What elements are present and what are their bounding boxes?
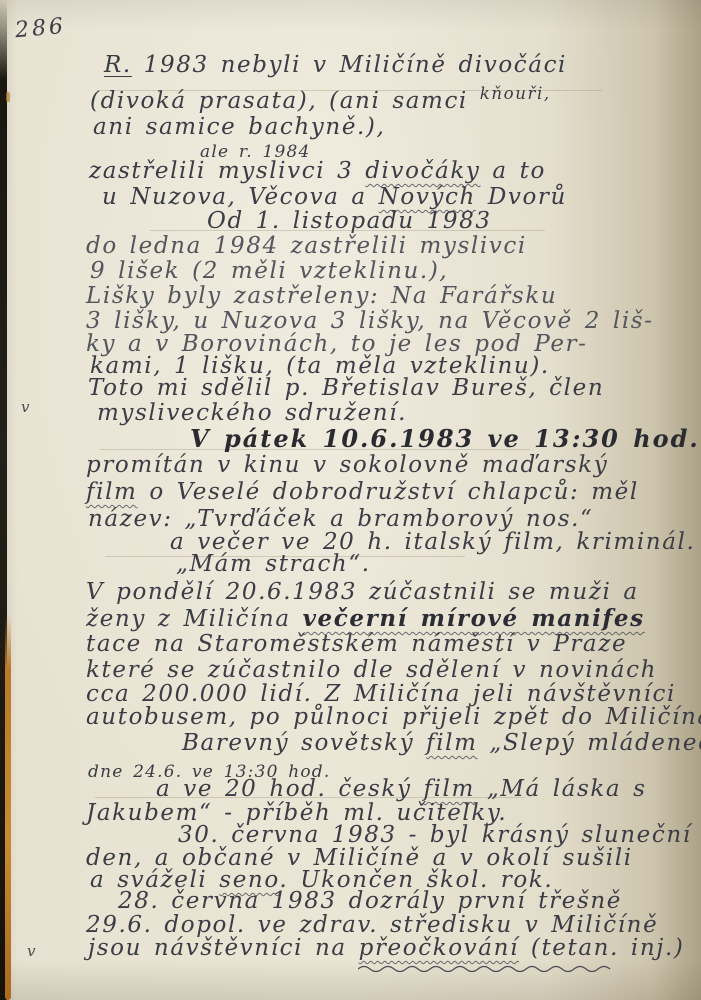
page-number: 286 (14, 14, 67, 43)
line-segment: ani samice bachyně.), (93, 114, 385, 140)
handwritten-line: do ledna 1984 zastřelili myslivci (86, 233, 527, 259)
handwritten-line: (divoká prasata), (ani samci kňouři, (90, 84, 551, 114)
handwritten-line: zastřelili myslivci 3 divočáky a to (89, 158, 546, 184)
line-segment: (tetan. inj.) (519, 935, 685, 961)
handwritten-line: a ve 20 hod. český film „Má láska s (156, 776, 647, 802)
line-segment: ženy z Miličína (86, 606, 303, 632)
line-segment: jsou návštěvníci na (88, 935, 359, 961)
line-segment: film (426, 730, 477, 756)
line-segment: u Nuzova, Věcova a (102, 184, 379, 210)
margin-check-mark: v (21, 398, 29, 416)
handwritten-line: 9 lišek (2 měli vzteklinu.), (90, 258, 448, 284)
chronicle-page-scan: 286 R. 1983 nebyli v Miličíně divočáci (… (0, 0, 701, 1000)
line-segment: „Mám strach“. (176, 551, 371, 577)
line-segment: kňouři, (480, 84, 551, 103)
handwritten-line: Lišky byly zastřeleny: Na Farářsku (86, 283, 557, 309)
line-segment: a ve 20 hod. český (156, 776, 423, 802)
line-segment: promítán v kinu v sokolovně maďarský (86, 452, 608, 478)
line-segment: Od 1. listopadu 1983 (207, 208, 492, 234)
handwritten-line: „Mám strach“. (176, 551, 371, 577)
line-segment: V pátek 10.6.1983 ve 13:30 hod. (190, 424, 700, 453)
line-segment: a to (480, 158, 545, 184)
handwritten-line: Od 1. listopadu 1983 (207, 208, 492, 234)
handwritten-line: Toto mi sdělil p. Břetislav Bureš, člen (88, 375, 604, 401)
line-segment: Dvorů (476, 184, 567, 210)
margin-check-mark: v (27, 942, 35, 960)
handwritten-line: 28. června 1983 dozrály první třešně (118, 888, 622, 914)
line-segment: „Slepý mládenec“ (478, 730, 701, 756)
line-segment: o Veselé dobrodružství chlapců: měl (137, 479, 638, 505)
handwritten-line: V pondělí 20.6.1983 zúčastnili se muži a (86, 579, 639, 605)
line-segment: které se zúčastnilo dle sdělení v noviná… (86, 657, 657, 683)
line-segment: film (423, 776, 474, 802)
handwritten-line: autobusem, po půlnoci přijeli zpět do Mi… (86, 704, 701, 730)
line-segment: film (86, 479, 137, 505)
line-segment: Lišky byly zastřeleny: Na Farářsku (86, 283, 557, 309)
line-segment: do ledna 1984 zastřelili myslivci (86, 233, 527, 259)
handwritten-line: promítán v kinu v sokolovně maďarský (86, 452, 608, 478)
wavy-underline-mark (358, 964, 622, 974)
line-segment: 1983 nebyli v Miličíně divočáci (132, 52, 567, 78)
line-segment: Nových (379, 184, 476, 210)
line-segment: V pondělí 20.6.1983 zúčastnili se muži a (86, 579, 639, 605)
line-segment: „Má láska s (475, 776, 647, 802)
line-segment: R. (104, 52, 132, 78)
handwritten-line: R. 1983 nebyli v Miličíně divočáci (104, 52, 567, 78)
handwritten-heading-line: V pátek 10.6.1983 ve 13:30 hod. (190, 424, 700, 453)
handwritten-line: Barevný sovětský film „Slepý mládenec“ (182, 730, 701, 756)
line-segment: přeočkování (359, 935, 519, 961)
handwritten-line: jsou návštěvníci na přeočkování (tetan. … (88, 935, 684, 961)
line-segment: mysliveckého sdružení. (97, 400, 407, 426)
handwritten-line: ženy z Miličína večerní mírové manifes (86, 605, 645, 632)
line-segment: večerní mírové manifes (303, 605, 645, 632)
handwritten-line: film o Veselé dobrodružství chlapců: měl (86, 479, 639, 505)
line-segment: (divoká prasata), (ani samci (90, 88, 480, 114)
line-segment: tace na Staroměstském náměstí v Praze (86, 631, 627, 657)
line-segment: divočáky (365, 158, 480, 184)
line-segment: 9 lišek (2 měli vzteklinu.), (90, 258, 448, 284)
line-segment: 28. června 1983 dozrály první třešně (118, 888, 622, 914)
handwritten-line: mysliveckého sdružení. (97, 400, 407, 426)
handwritten-line: u Nuzova, Věcova a Nových Dvorů (102, 184, 567, 210)
line-segment: Barevný sovětský (182, 730, 426, 756)
page-edge-dot (6, 92, 10, 102)
handwritten-line: které se zúčastnilo dle sdělení v noviná… (86, 657, 657, 683)
page-edge-tint (5, 615, 11, 1000)
handwritten-line: tace na Staroměstském náměstí v Praze (86, 631, 627, 657)
line-segment: Toto mi sdělil p. Břetislav Bureš, člen (88, 375, 604, 401)
line-segment: zastřelili myslivci 3 (89, 158, 365, 184)
line-segment: autobusem, po půlnoci přijeli zpět do Mi… (86, 704, 701, 730)
handwritten-line: ani samice bachyně.), (93, 114, 385, 140)
